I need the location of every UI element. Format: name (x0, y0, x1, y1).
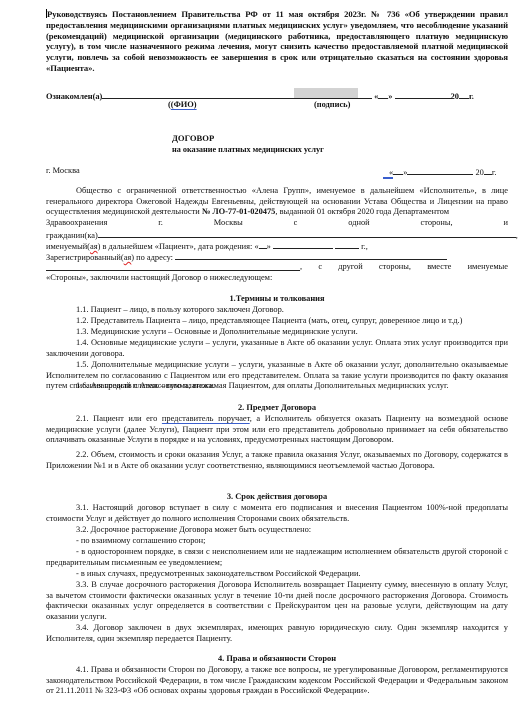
preamble-paragraph: Общество с ограниченной ответственностью… (46, 186, 508, 218)
grammar-flagged-phrase: представитель поручает (162, 414, 250, 423)
section-1-item: 1.2. Представитель Пациента – лицо, пред… (76, 316, 462, 327)
preamble-last-line: Здравоохраненияг.Москвысоднойстороны,и (46, 218, 508, 229)
signature-line: «» 20г. (274, 90, 474, 103)
section-3-item: 3.2. Досрочное расторжение Договора може… (76, 525, 311, 536)
section-1-item: 1.6. Авансовый платеж – сумма, вносимая … (76, 381, 449, 392)
contract-title: ДОГОВОР (172, 133, 214, 144)
section-4-item: 4.1. Права и обязанности Сторон по Догов… (46, 665, 508, 697)
signature-field[interactable] (294, 90, 358, 99)
section-3-item: - в одностороннем порядке, в связи с неи… (46, 547, 508, 568)
signature-redaction (294, 88, 358, 98)
contract-day-field[interactable] (393, 166, 403, 175)
address-field-continued[interactable] (46, 262, 300, 271)
section-3-item: 3.3. В случае досрочного расторжения Дог… (46, 580, 508, 623)
signature-caption: (подпись) (314, 100, 350, 111)
year-field[interactable] (459, 90, 469, 99)
section-3-title: 3. Срок действия договора (46, 492, 508, 503)
section-3-item: 3.1. Настоящий договор вступает в силу с… (46, 503, 508, 524)
other-side-line: , с другой стороны, вместе именуемые (46, 262, 508, 273)
contract-date: «» 20г. (383, 166, 496, 179)
section-1-item: 1.1. Пациент – лицо, в пользу которого з… (76, 305, 284, 316)
birth-year-field[interactable] (335, 240, 359, 249)
section-2-item: 2.1. Пациент или его представитель поруч… (46, 414, 508, 446)
section-3-item: - по взаимному соглашению сторон; (76, 536, 205, 547)
section-3-item: 3.4. Договор заключен в двух экземплярах… (46, 623, 508, 644)
contract-month-field[interactable] (407, 166, 473, 175)
license-number: № ЛО-77-01-020475 (202, 207, 276, 216)
legal-notice: Руководствуясь Постановлением Правительс… (46, 9, 508, 74)
section-2-item: 2.2. Объем, стоимость и сроки оказания У… (46, 450, 508, 471)
fio-caption: ((ФИО) (168, 100, 197, 111)
citizen-name-field[interactable] (98, 229, 516, 238)
day-field[interactable] (378, 90, 388, 99)
acknowledgement-label: Ознакомлен(а) (46, 92, 102, 101)
contract-city: г. Москва (46, 166, 80, 177)
contract-subtitle: на оказание платных медицинских услуг (172, 144, 324, 155)
section-3-item: - в иных случаях, предусмотренных законо… (76, 569, 361, 580)
address-field[interactable] (175, 251, 447, 260)
section-2-title: 2. Предмет Договора (46, 403, 508, 414)
section-1-item: 1.3. Медицинские услуги – Основные и Доп… (76, 327, 358, 338)
birth-month-field[interactable] (273, 240, 333, 249)
fio-field[interactable] (102, 90, 277, 99)
section-4-title: 4. Права и обязанности Сторон (46, 654, 508, 665)
section-1-item: 1.4. Основные медицинские услуги – услуг… (46, 338, 508, 359)
section-1-title: 1.Термины и толкования (46, 294, 508, 305)
contract-year-field[interactable] (484, 166, 492, 175)
acknowledgement-line: Ознакомлен(а) (46, 90, 277, 103)
birth-day-field[interactable] (259, 240, 267, 249)
parties-line: «Стороны», заключили настоящий Договор о… (46, 273, 272, 284)
month-field[interactable] (395, 90, 451, 99)
